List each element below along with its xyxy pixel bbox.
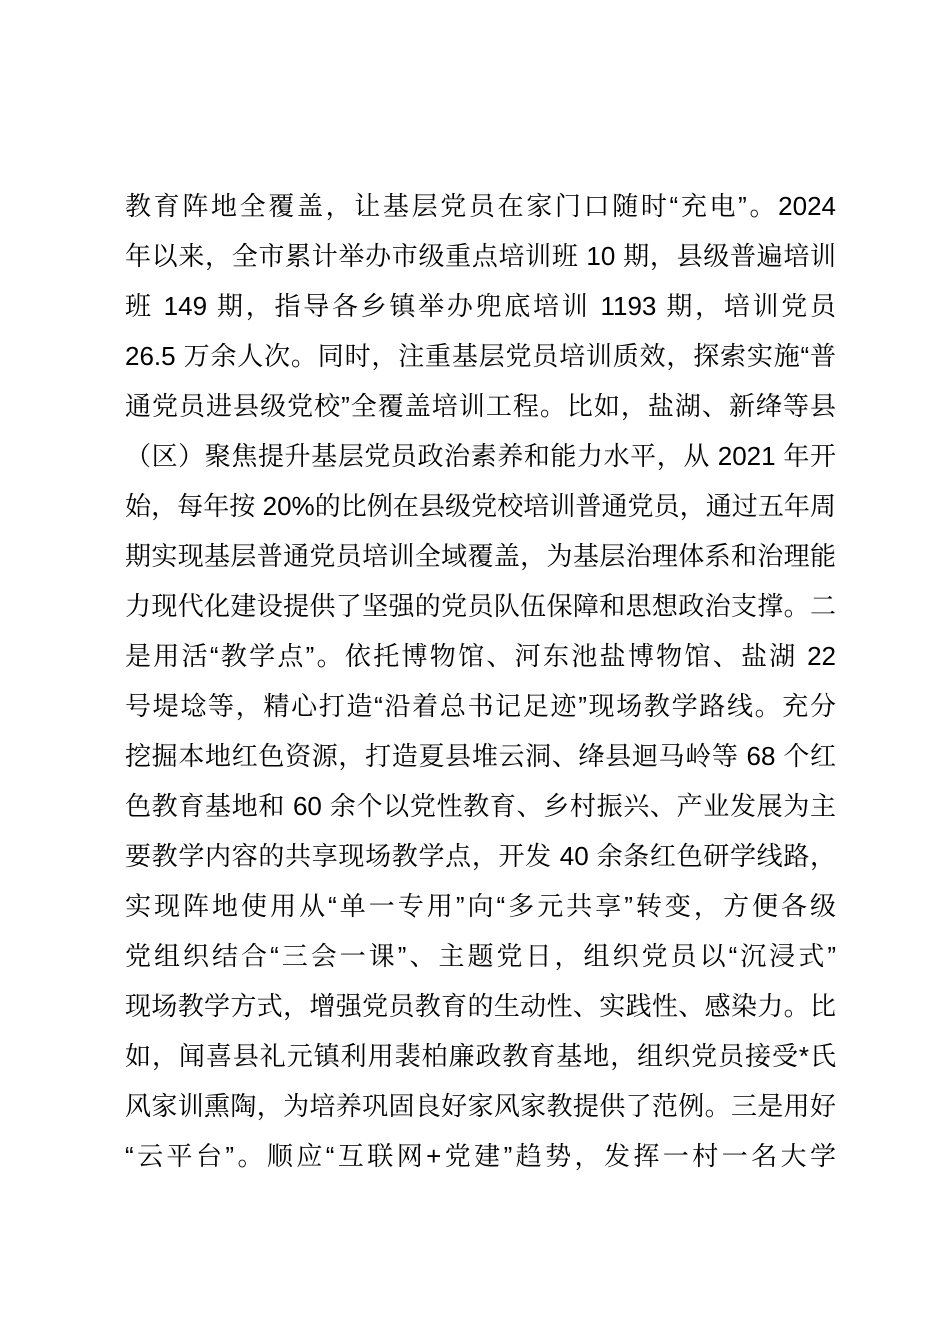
text-line: 通党员进县级党校”全覆盖培训工程。比如，盐湖、新绛等县 (125, 381, 836, 431)
document-page: 教育阵地全覆盖，让基层党员在家门口随时“充电”。2024年以来，全市累计举办市级… (0, 0, 950, 1344)
text-line: 教育阵地全覆盖，让基层党员在家门口随时“充电”。2024 (125, 181, 836, 231)
text-line: 要教学内容的共享现场教学点，开发 40 余条红色研学线路， (125, 831, 836, 881)
text-line: 班 149 期，指导各乡镇举办兜底培训 1193 期，培训党员 (125, 281, 836, 331)
text-line: 如，闻喜县礼元镇利用裴柏廉政教育基地，组织党员接受*氏家 (125, 1031, 836, 1081)
text-line: 现场教学方式，增强党员教育的生动性、实践性、感染力。比 (125, 981, 836, 1031)
text-line: （区）聚焦提升基层党员政治素养和能力水平，从 2021 年开 (125, 431, 836, 481)
text-line: 力现代化建设提供了坚强的党员队伍保障和思想政治支撑。二 (125, 581, 836, 631)
text-line: 号堤埝等，精心打造“沿着总书记足迹”现场教学路线。充分 (125, 681, 836, 731)
text-line: 26.5 万余人次。同时，注重基层党员培训质效，探索实施“普 (125, 331, 836, 381)
paragraph: 教育阵地全覆盖，让基层党员在家门口随时“充电”。2024年以来，全市累计举办市级… (125, 181, 836, 1181)
text-line: 党组织结合“三会一课”、主题党日，组织党员以“沉浸式” (125, 931, 836, 981)
text-line: 始，每年按 20%的比例在县级党校培训普通党员，通过五年周 (125, 481, 836, 531)
text-line: 年以来，全市累计举办市级重点培训班 10 期，县级普遍培训 (125, 231, 836, 281)
text-line: 风家训熏陶，为培养巩固良好家风家教提供了范例。三是用好 (125, 1081, 836, 1131)
text-line: “云平台”。顺应“互联网+党建”趋势，发挥一村一名大学 (125, 1131, 836, 1181)
text-line: 实现阵地使用从“单一专用”向“多元共享”转变，方便各级 (125, 881, 836, 931)
text-line: 是用活“教学点”。依托博物馆、河东池盐博物馆、盐湖 22 (125, 631, 836, 681)
text-line: 挖掘本地红色资源，打造夏县堆云洞、绛县迴马岭等 68 个红 (125, 731, 836, 781)
text-line: 色教育基地和 60 余个以党性教育、乡村振兴、产业发展为主 (125, 781, 836, 831)
text-line: 期实现基层普通党员培训全域覆盖，为基层治理体系和治理能 (125, 531, 836, 581)
